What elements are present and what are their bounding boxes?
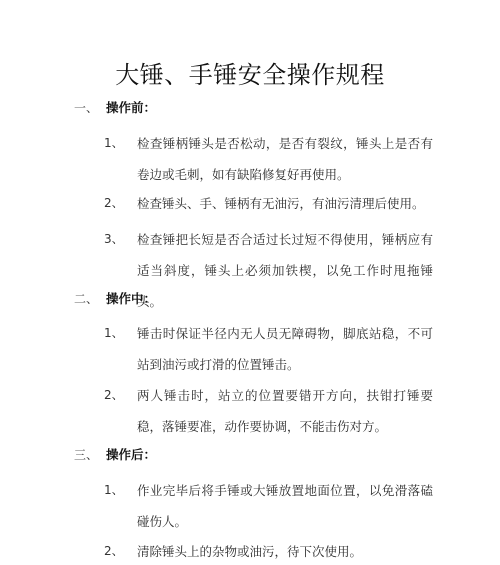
section-heading-after: 三、 操作后： (0, 444, 500, 466)
item-number: 1、 (104, 128, 134, 159)
section-title: 操作中： (106, 288, 156, 310)
section-title: 操作前： (106, 97, 156, 119)
section-heading-during: 二、 操作中： (0, 288, 500, 310)
section-number: 一、 (74, 97, 104, 119)
section-heading-before: 一、 操作前： (0, 97, 500, 119)
item-number: 2、 (104, 380, 134, 411)
section-number: 二、 (74, 288, 104, 310)
section-number: 三、 (74, 444, 104, 466)
item-text: 锤击时保证半径内无人员无障碍物，脚底站稳，不可站到油污或打滑的位置锤击。 (137, 318, 433, 380)
item-text: 检查锤柄锤头是否松动，是否有裂纹，锤头上是否有卷边或毛刺，如有缺陷修复好再使用。 (137, 128, 433, 190)
item-text: 作业完毕后将手锤或大锤放置地面位置，以免滑落磕碰伤人。 (137, 475, 433, 537)
document-title: 大锤、手锤安全操作规程 (0, 58, 500, 92)
item-text: 两人锤击时，站立的位置要错开方向，扶钳打锤要稳，落锤要准，动作要协调，不能击伤对… (137, 380, 433, 442)
item-number: 1、 (104, 475, 134, 506)
item-text: 清除锤头上的杂物或油污，待下次使用。 (137, 536, 433, 565)
item-text: 检查锤头、手、锤柄有无油污，有油污清理后使用。 (137, 188, 433, 219)
item-number: 3、 (104, 224, 134, 255)
item-number: 2、 (104, 188, 134, 219)
item-number: 1、 (104, 318, 134, 349)
item-number: 2、 (104, 536, 134, 565)
section-title: 操作后： (106, 444, 156, 466)
